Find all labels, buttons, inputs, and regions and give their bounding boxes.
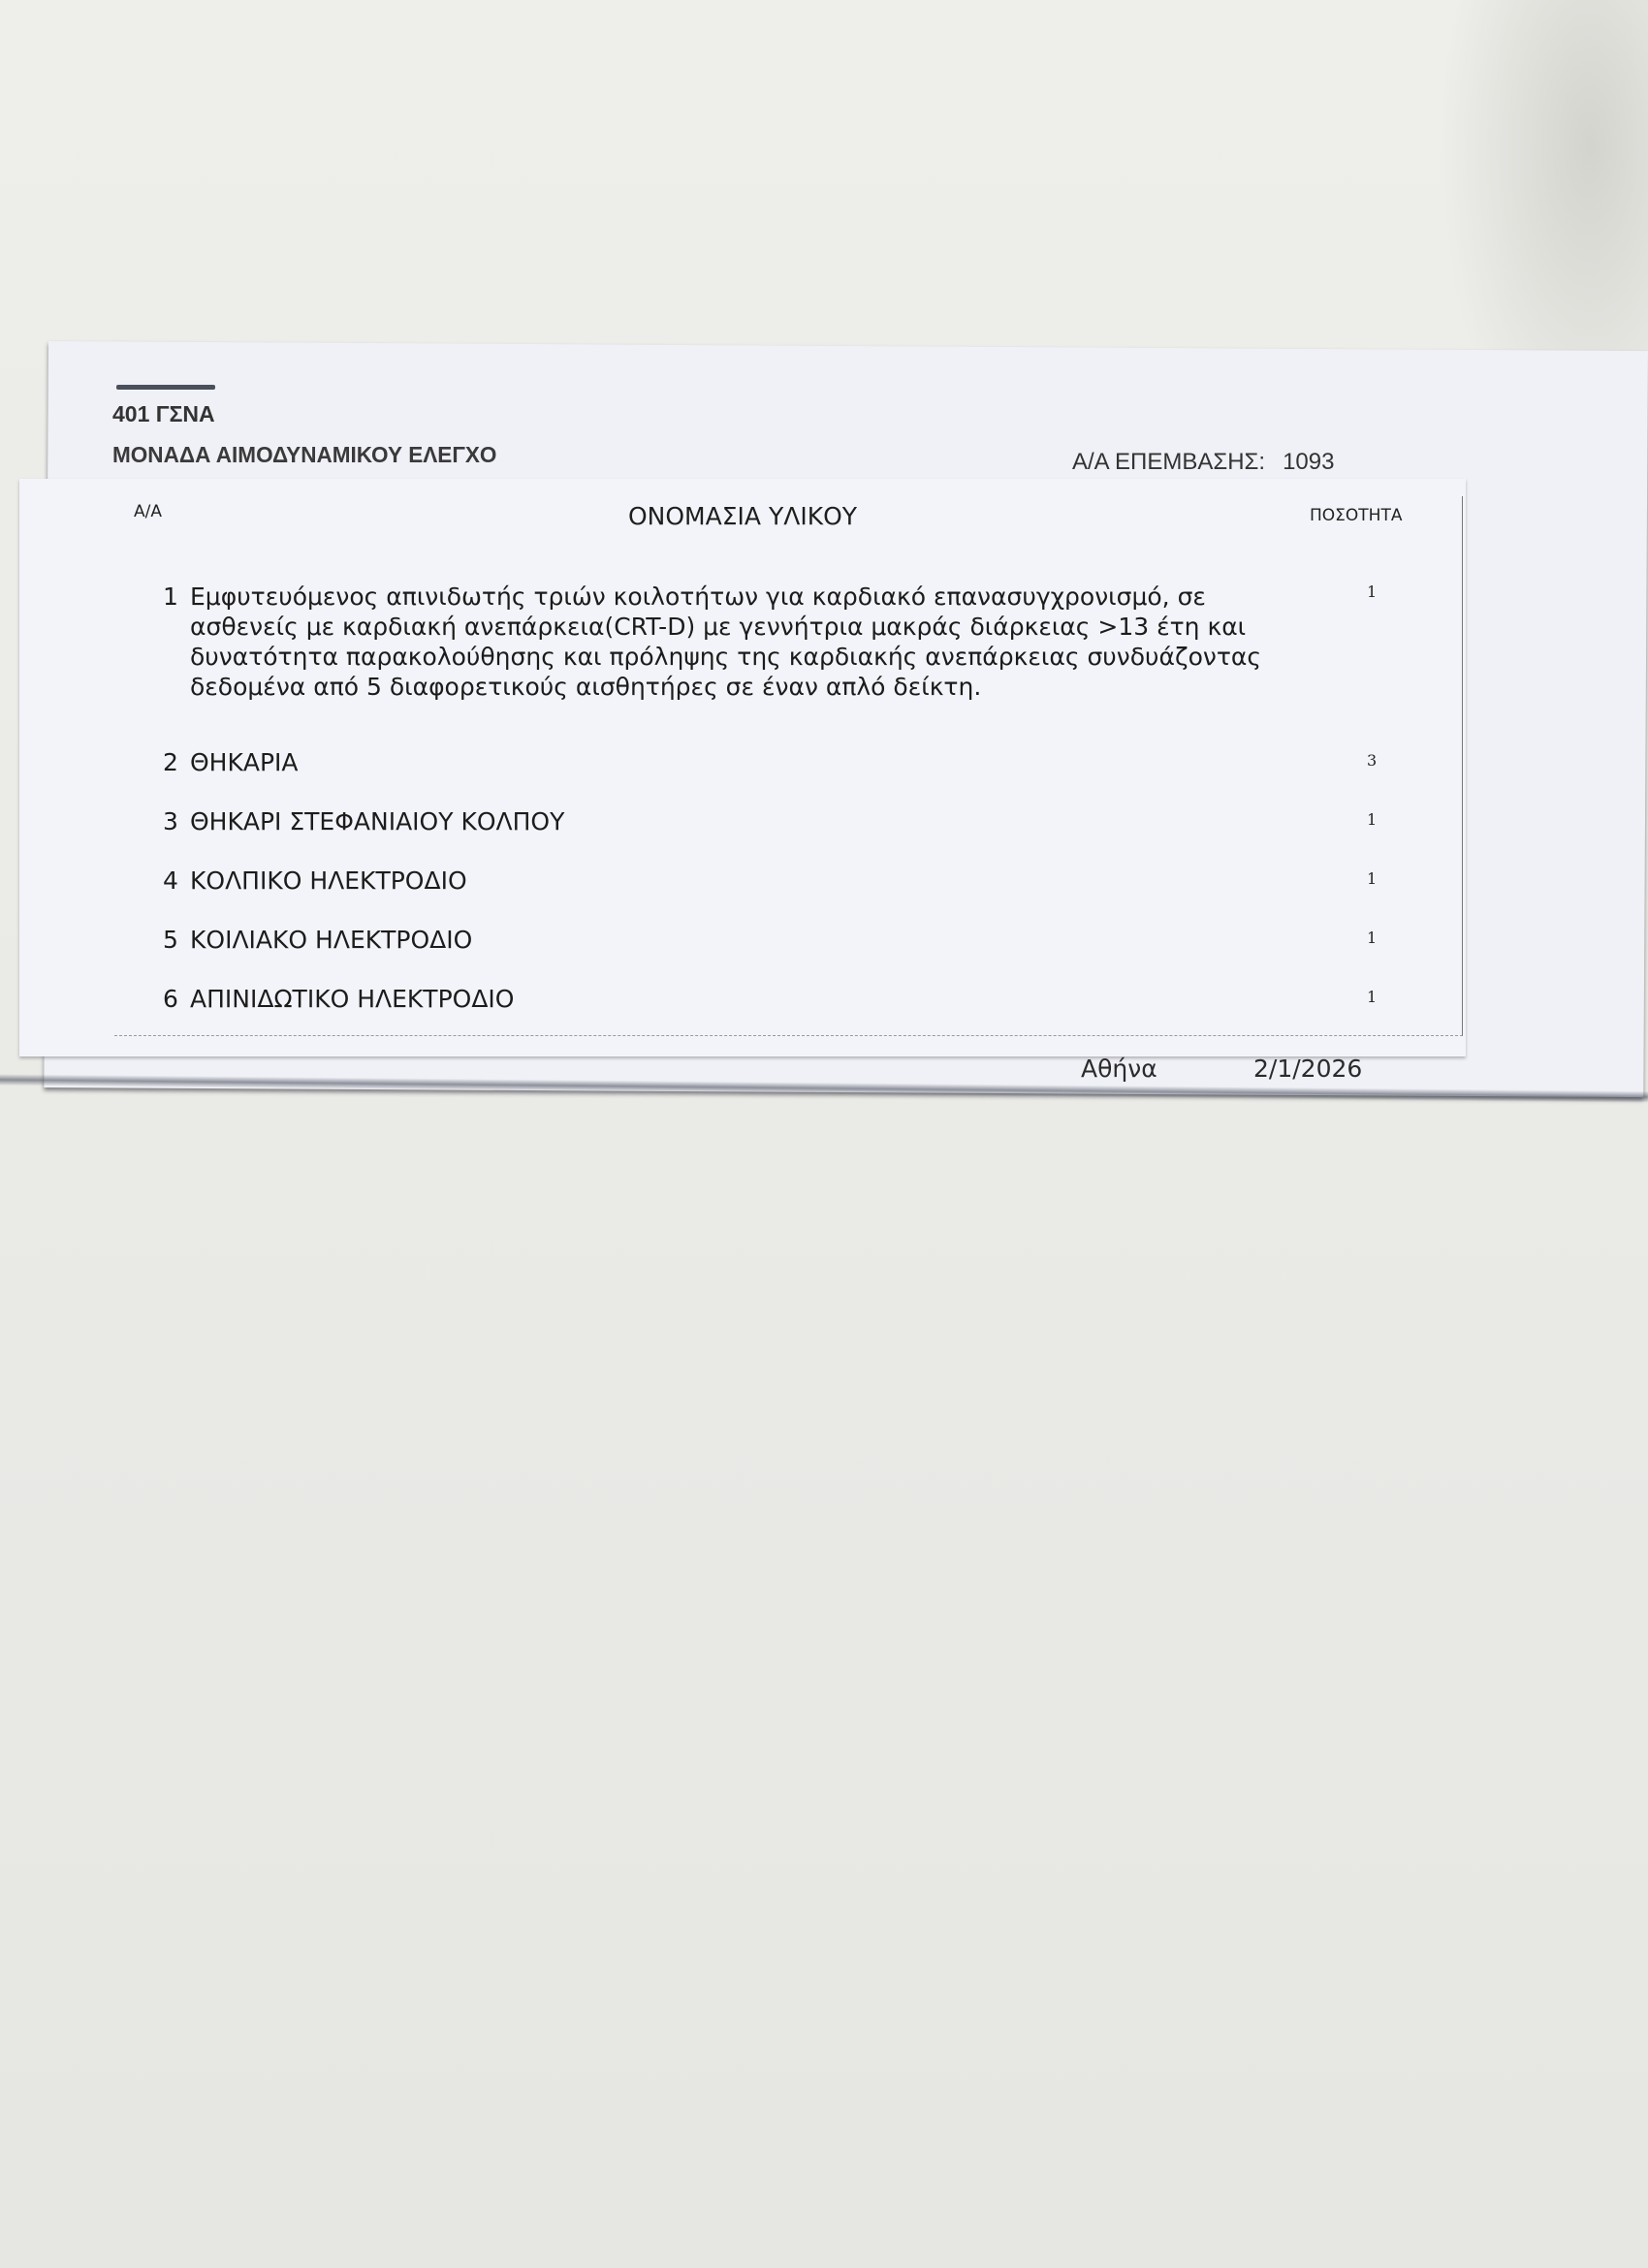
row-description-line: Εμφυτευόμενος απινιδωτής τριών κοιλοτήτω…: [190, 582, 1334, 612]
row-quantity: 1: [1367, 988, 1377, 1006]
row-index: 2: [163, 747, 178, 777]
organization-name: 401 ΓΣΝΑ: [112, 401, 215, 427]
signature-date: 2/1/2026: [1253, 1055, 1362, 1083]
column-header-quantity: ΠΟΣΟΤΗΤΑ: [1310, 506, 1402, 525]
row-quantity: 1: [1367, 869, 1377, 888]
row-quantity: 3: [1367, 751, 1377, 770]
row-description: ΚΟΛΠΙΚΟ ΗΛΕΚΤΡΟΔΙΟ: [190, 866, 1334, 896]
signature-place: Αθήνα: [1081, 1055, 1157, 1083]
row-description: ΘΗΚΑΡΙ ΣΤΕΦΑΝΙΑΙΟΥ ΚΟΛΠΟΥ: [190, 806, 1334, 836]
row-quantity: 1: [1367, 583, 1377, 601]
column-header-index: Α/Α: [134, 502, 162, 521]
row-description-line: ασθενείς με καρδιακή ανεπάρκεια(CRT-D) μ…: [190, 612, 1334, 642]
row-description: Εμφυτευόμενος απινιδωτής τριών κοιλοτήτω…: [190, 582, 1334, 702]
procedure-value: 1093: [1283, 449, 1334, 475]
row-index: 1: [163, 582, 178, 612]
row-description: ΚΟΙΛΙΑΚΟ ΗΛΕΚΤΡΟΔΙΟ: [190, 925, 1334, 955]
row-description-line: δεδομένα από 5 διαφορετικούς αισθητήρες …: [190, 672, 1334, 702]
scanner-background: [0, 0, 1648, 2268]
row-description-line: δυνατότητα παρακολούθησης και πρόληψης τ…: [190, 642, 1334, 672]
row-index: 3: [163, 806, 178, 836]
unit-name: ΜΟΝΑΔΑ ΑΙΜΟΔΥΝΑΜΙΚΟΥ ΕΛΕΓΧΟ: [112, 442, 496, 468]
row-index: 4: [163, 866, 178, 896]
header-rule: [116, 385, 215, 390]
procedure-number: Α/Α ΕΠΕΜΒΑΣΗΣ:1093: [1072, 449, 1334, 476]
row-index: 5: [163, 925, 178, 955]
column-header-name: ΟΝΟΜΑΣΙΑ ΥΛΙΚΟΥ: [628, 502, 857, 530]
row-quantity: 1: [1367, 810, 1377, 829]
row-index: 6: [163, 984, 178, 1014]
procedure-label: Α/Α ΕΠΕΜΒΑΣΗΣ:: [1072, 449, 1265, 475]
row-description: ΑΠΙΝΙΔΩΤΙΚΟ ΗΛΕΚΤΡΟΔΙΟ: [190, 984, 1334, 1014]
row-quantity: 1: [1367, 929, 1377, 947]
row-description: ΘΗΚΑΡΙΑ: [190, 747, 1334, 777]
